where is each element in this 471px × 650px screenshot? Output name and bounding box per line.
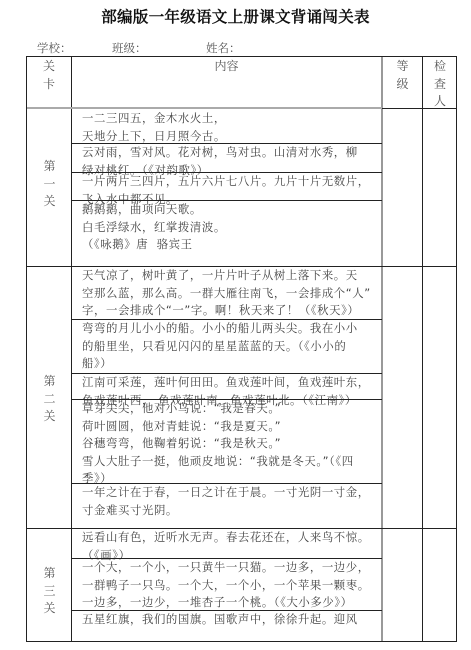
name-label: 姓名： (206, 40, 241, 56)
stage-3-label: 第 三 关 (27, 565, 72, 618)
recitation-table: 关 卡 内容 等 级 检 查 人 第 一 关 一二三四五，金木水火土， 天地分上… (26, 56, 457, 642)
stage-1-label: 第 一 关 (27, 158, 72, 211)
content-row: 草芽尖尖，他对小鸟说：“我是春天。” 荷叶圆圆，他对青蛙说：“我是夏天。” 谷穗… (82, 400, 378, 488)
class-label: 班级： (112, 40, 147, 56)
content-row: 鹅鹅鹅，曲项向天歌。 白毛浮绿水，红掌拨清波。 （《咏鹅》唐 骆宾王 (82, 201, 378, 254)
content-row: 一二三四五，金木水火土， 天地分上下，日月照今古。 (82, 110, 378, 145)
column-divider (422, 57, 423, 641)
header-divider-shadow (27, 107, 382, 109)
content-row: 天气凉了，树叶黄了，一片片叶子从树上落下来。天 空那么蓝，那么高。一群大雁往南飞… (82, 267, 378, 320)
content-row: 一个大，一个小，一只黄牛一只猫。一边多，一边少， 一群鸭子一只鸟。一个大，一个小… (82, 559, 378, 612)
stage-2-label: 第 二 关 (27, 373, 72, 426)
header-grade: 等 级 (383, 58, 422, 93)
content-row: 五星红旗，我们的国旗。国歌声中，徐徐升起。迎风 (82, 611, 378, 629)
document-title: 部编版一年级语文上册课文背诵闯关表 (0, 5, 471, 27)
column-divider (71, 57, 72, 641)
content-row: 一年之计在于春，一日之计在于晨。一寸光阴一寸金， 寸金难买寸光阴。 (82, 484, 378, 519)
header-checker: 检 查 人 (423, 58, 457, 111)
column-divider (381, 57, 383, 641)
content-row: 弯弯的月儿小小的船。小小的船儿两头尖。我在小小 的船里坐，只看见闪闪的星星蓝蓝的… (82, 320, 378, 373)
header-stage: 关 卡 (27, 58, 71, 93)
header-content: 内容 (72, 58, 381, 76)
school-label: 学校： (37, 40, 72, 56)
